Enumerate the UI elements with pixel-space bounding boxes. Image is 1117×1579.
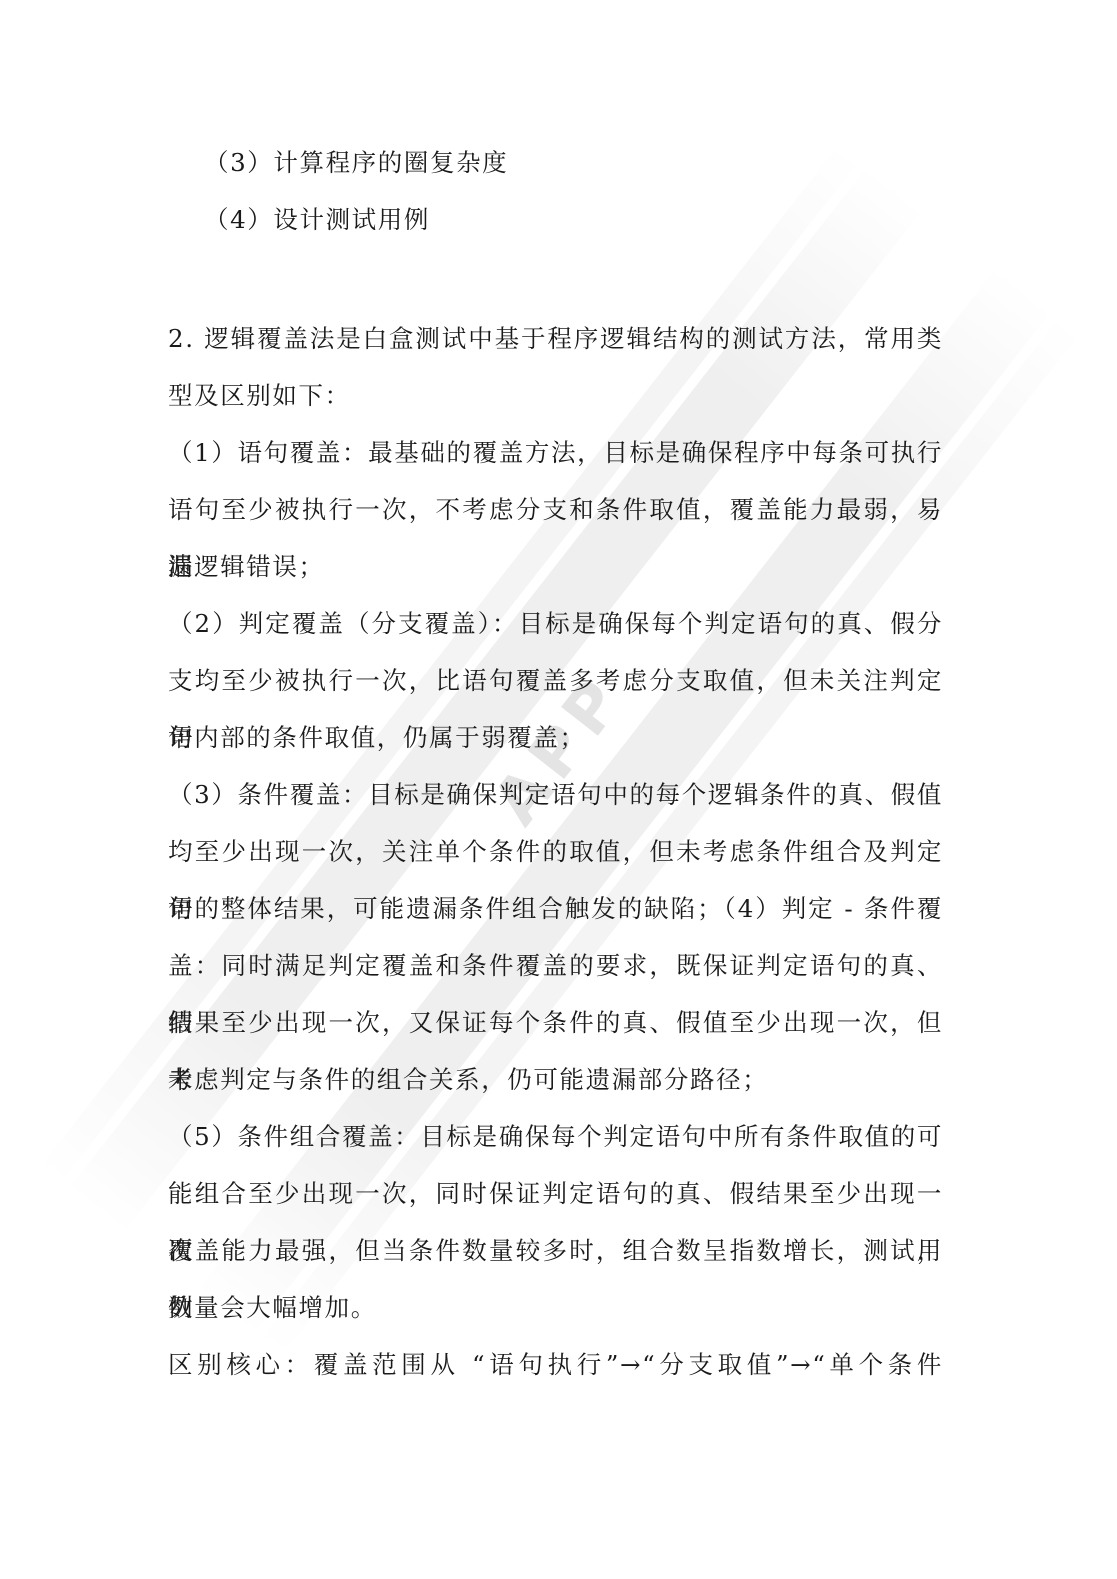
list-item-3-line: 均至少出现一次，关注单个条件的取值，但未考虑条件组合及判定语	[168, 823, 943, 880]
list-item: （4）设计测试用例	[168, 191, 508, 248]
list-item-3-4-line: 句的整体结果，可能遗漏条件组合触发的缺陷；（4）判定 - 条件覆	[168, 880, 943, 937]
list-item-2-line: 支均至少被执行一次，比语句覆盖多考虑分支取值，但未关注判定语	[168, 652, 943, 709]
list-item-4-line: 结果至少出现一次，又保证每个条件的真、假值至少出现一次，但未	[168, 994, 943, 1051]
list-item-1-line: 漏逻辑错误；	[168, 538, 943, 595]
list-item-5-line: 能组合至少出现一次，同时保证判定语句的真、假结果至少出现一次，	[168, 1165, 943, 1222]
top-items: （3）计算程序的圈复杂度 （4）设计测试用例	[168, 134, 508, 248]
section-2: 2. 逻辑覆盖法是白盒测试中基于程序逻辑结构的测试方法，常用类 型及区别如下： …	[168, 310, 943, 1393]
list-item-5-line: （5）条件组合覆盖：目标是确保每个判定语句中所有条件取值的可	[168, 1108, 943, 1165]
paragraph-line: 型及区别如下：	[168, 367, 943, 424]
list-item-2-line: 句内部的条件取值，仍属于弱覆盖；	[168, 709, 943, 766]
list-item-1-line: （1）语句覆盖：最基础的覆盖方法，目标是确保程序中每条可执行	[168, 424, 943, 481]
list-item-4-line: 考虑判定与条件的组合关系，仍可能遗漏部分路径；	[168, 1051, 943, 1108]
paragraph-line: 2. 逻辑覆盖法是白盒测试中基于程序逻辑结构的测试方法，常用类	[168, 310, 943, 367]
list-item-5-line: 数量会大幅增加。	[168, 1279, 943, 1336]
list-item-3-line: （3）条件覆盖：目标是确保判定语句中的每个逻辑条件的真、假值	[168, 766, 943, 823]
list-item-5-line: 覆盖能力最强，但当条件数量较多时，组合数呈指数增长，测试用例	[168, 1222, 943, 1279]
summary-line: 区别核心：覆盖范围从 “语句执行”→“分支取值”→“单个条件	[168, 1336, 943, 1393]
list-item-2-line: （2）判定覆盖（分支覆盖）：目标是确保每个判定语句的真、假分	[168, 595, 943, 652]
list-item-1-line: 语句至少被执行一次，不考虑分支和条件取值，覆盖能力最弱，易遗	[168, 481, 943, 538]
list-item: （3）计算程序的圈复杂度	[168, 134, 508, 191]
list-item-4-line: 盖：同时满足判定覆盖和条件覆盖的要求，既保证判定语句的真、假	[168, 937, 943, 994]
